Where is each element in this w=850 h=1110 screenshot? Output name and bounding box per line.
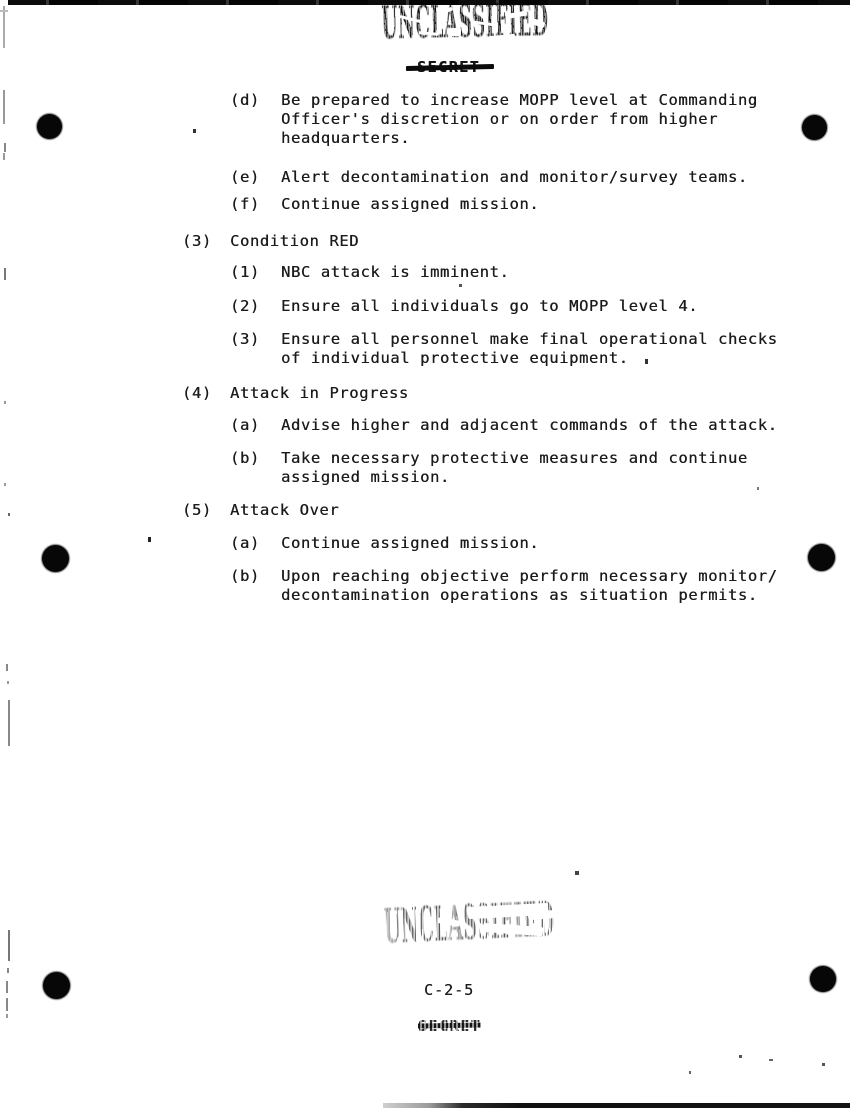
hole-punch: [42, 545, 69, 572]
secret-strikethrough-top: [406, 64, 494, 71]
paragraph-marker: (2): [230, 297, 281, 316]
scan-speck: [4, 401, 6, 404]
secret-strikethrough-bottom: [405, 1022, 495, 1028]
paragraph-text: Take necessary protective measures and c…: [281, 449, 748, 487]
paragraph-text: Ensure all individuals go to MOPP level …: [281, 297, 698, 316]
paragraph: (b)Take necessary protective measures an…: [230, 449, 748, 487]
hole-punch: [808, 544, 835, 571]
paragraph-marker: (b): [230, 567, 281, 605]
hole-punch: [810, 966, 836, 992]
scan-speck: [689, 1071, 691, 1074]
scan-speck: [822, 1063, 825, 1066]
paragraph-text: Alert decontamination and monitor/survey…: [281, 168, 748, 187]
paragraph: (3)Ensure all personnel make final opera…: [230, 330, 778, 368]
paragraph-marker: (3): [182, 232, 230, 251]
paragraph: (f)Continue assigned mission.: [230, 195, 539, 214]
bottom-border-line: [383, 1103, 850, 1108]
scan-speck: [6, 664, 8, 671]
paragraph-marker: (b): [230, 449, 281, 487]
paragraph-marker: (f): [230, 195, 281, 214]
stamp-erosion-streak: [383, 946, 445, 956]
paragraph-marker: (5): [182, 501, 230, 520]
scan-speck: [7, 968, 9, 973]
paragraph-marker: (a): [230, 534, 281, 553]
scanned-document-page: UNCLASSIFIED SECRET (d)Be prepared to in…: [0, 0, 850, 1110]
scan-speck: [6, 981, 8, 993]
stamp-erosion-streak: [513, 938, 555, 949]
paragraph-text: Upon reaching objective perform necessar…: [281, 567, 778, 605]
paragraph-text: Be prepared to increase MOPP level at Co…: [281, 91, 758, 148]
scan-speck: [6, 1014, 8, 1018]
hole-punch: [802, 115, 827, 140]
hole-punch: [37, 114, 62, 139]
paragraph: (a)Continue assigned mission.: [230, 534, 539, 553]
unclassified-stamp-top-text: UNCLASSIFIED: [381, 0, 549, 47]
scan-speck: [739, 1055, 742, 1058]
paragraph: (1)NBC attack is imminent.: [230, 263, 509, 282]
paragraph-text: Ensure all personnel make final operatio…: [281, 330, 778, 368]
scan-speck: [757, 487, 759, 490]
scan-speck: [7, 681, 9, 684]
paragraph-marker: (a): [230, 416, 281, 435]
paragraph-marker: (4): [182, 384, 230, 403]
scan-speck: [459, 284, 462, 287]
hole-punch: [43, 972, 70, 999]
scan-speck: [8, 513, 10, 516]
scan-speck: [4, 268, 6, 280]
scan-speck: [769, 1059, 773, 1061]
scan-speck: [3, 90, 5, 124]
scan-speck: [6, 998, 8, 1011]
page-number: C-2-5: [424, 981, 474, 999]
scan-speck: [193, 129, 196, 133]
paragraph: (b)Upon reaching objective perform neces…: [230, 567, 778, 605]
paragraph-marker: (1): [230, 263, 281, 282]
paragraph-text: Attack in Progress: [230, 384, 409, 403]
scan-speck: [4, 483, 6, 486]
paragraph-text: Continue assigned mission.: [281, 195, 539, 214]
paragraph-text: NBC attack is imminent.: [281, 263, 509, 282]
scan-speck: [8, 930, 10, 961]
paragraph: (5)Attack Over: [182, 501, 339, 520]
scan-speck: [575, 871, 579, 875]
secret-marking-top: SECRET: [417, 58, 480, 76]
paragraph: (a)Advise higher and adjacent commands o…: [230, 416, 778, 435]
scan-speck: [3, 6, 5, 48]
paragraph-text: Condition RED: [230, 232, 359, 251]
scan-speck: [645, 359, 648, 364]
paragraph: (4)Attack in Progress: [182, 384, 409, 403]
paragraph-text: Attack Over: [230, 501, 339, 520]
paragraph-text: Continue assigned mission.: [281, 534, 539, 553]
secret-marking-bottom: SECRET: [418, 1017, 481, 1035]
scan-speck: [4, 143, 6, 152]
unclassified-stamp-top: UNCLASSIFIED: [381, 2, 553, 54]
paragraph-text: Advise higher and adjacent commands of t…: [281, 416, 778, 435]
paragraph: (d)Be prepared to increase MOPP level at…: [230, 91, 758, 148]
paragraph: (e)Alert decontamination and monitor/sur…: [230, 168, 748, 187]
scan-speck: [3, 153, 5, 160]
stamp-erosion-streak: [451, 28, 461, 36]
scan-speck: [0, 10, 8, 12]
unclassified-stamp-bottom: UNCLASSIFIED: [383, 903, 553, 965]
paragraph-marker: (d): [230, 91, 281, 148]
scan-speck: [8, 700, 10, 746]
paragraph-marker: (e): [230, 168, 281, 187]
scan-speck: [148, 537, 151, 542]
paragraph-marker: (3): [230, 330, 281, 368]
paragraph: (2)Ensure all individuals go to MOPP lev…: [230, 297, 698, 316]
paragraph: (3)Condition RED: [182, 232, 359, 251]
